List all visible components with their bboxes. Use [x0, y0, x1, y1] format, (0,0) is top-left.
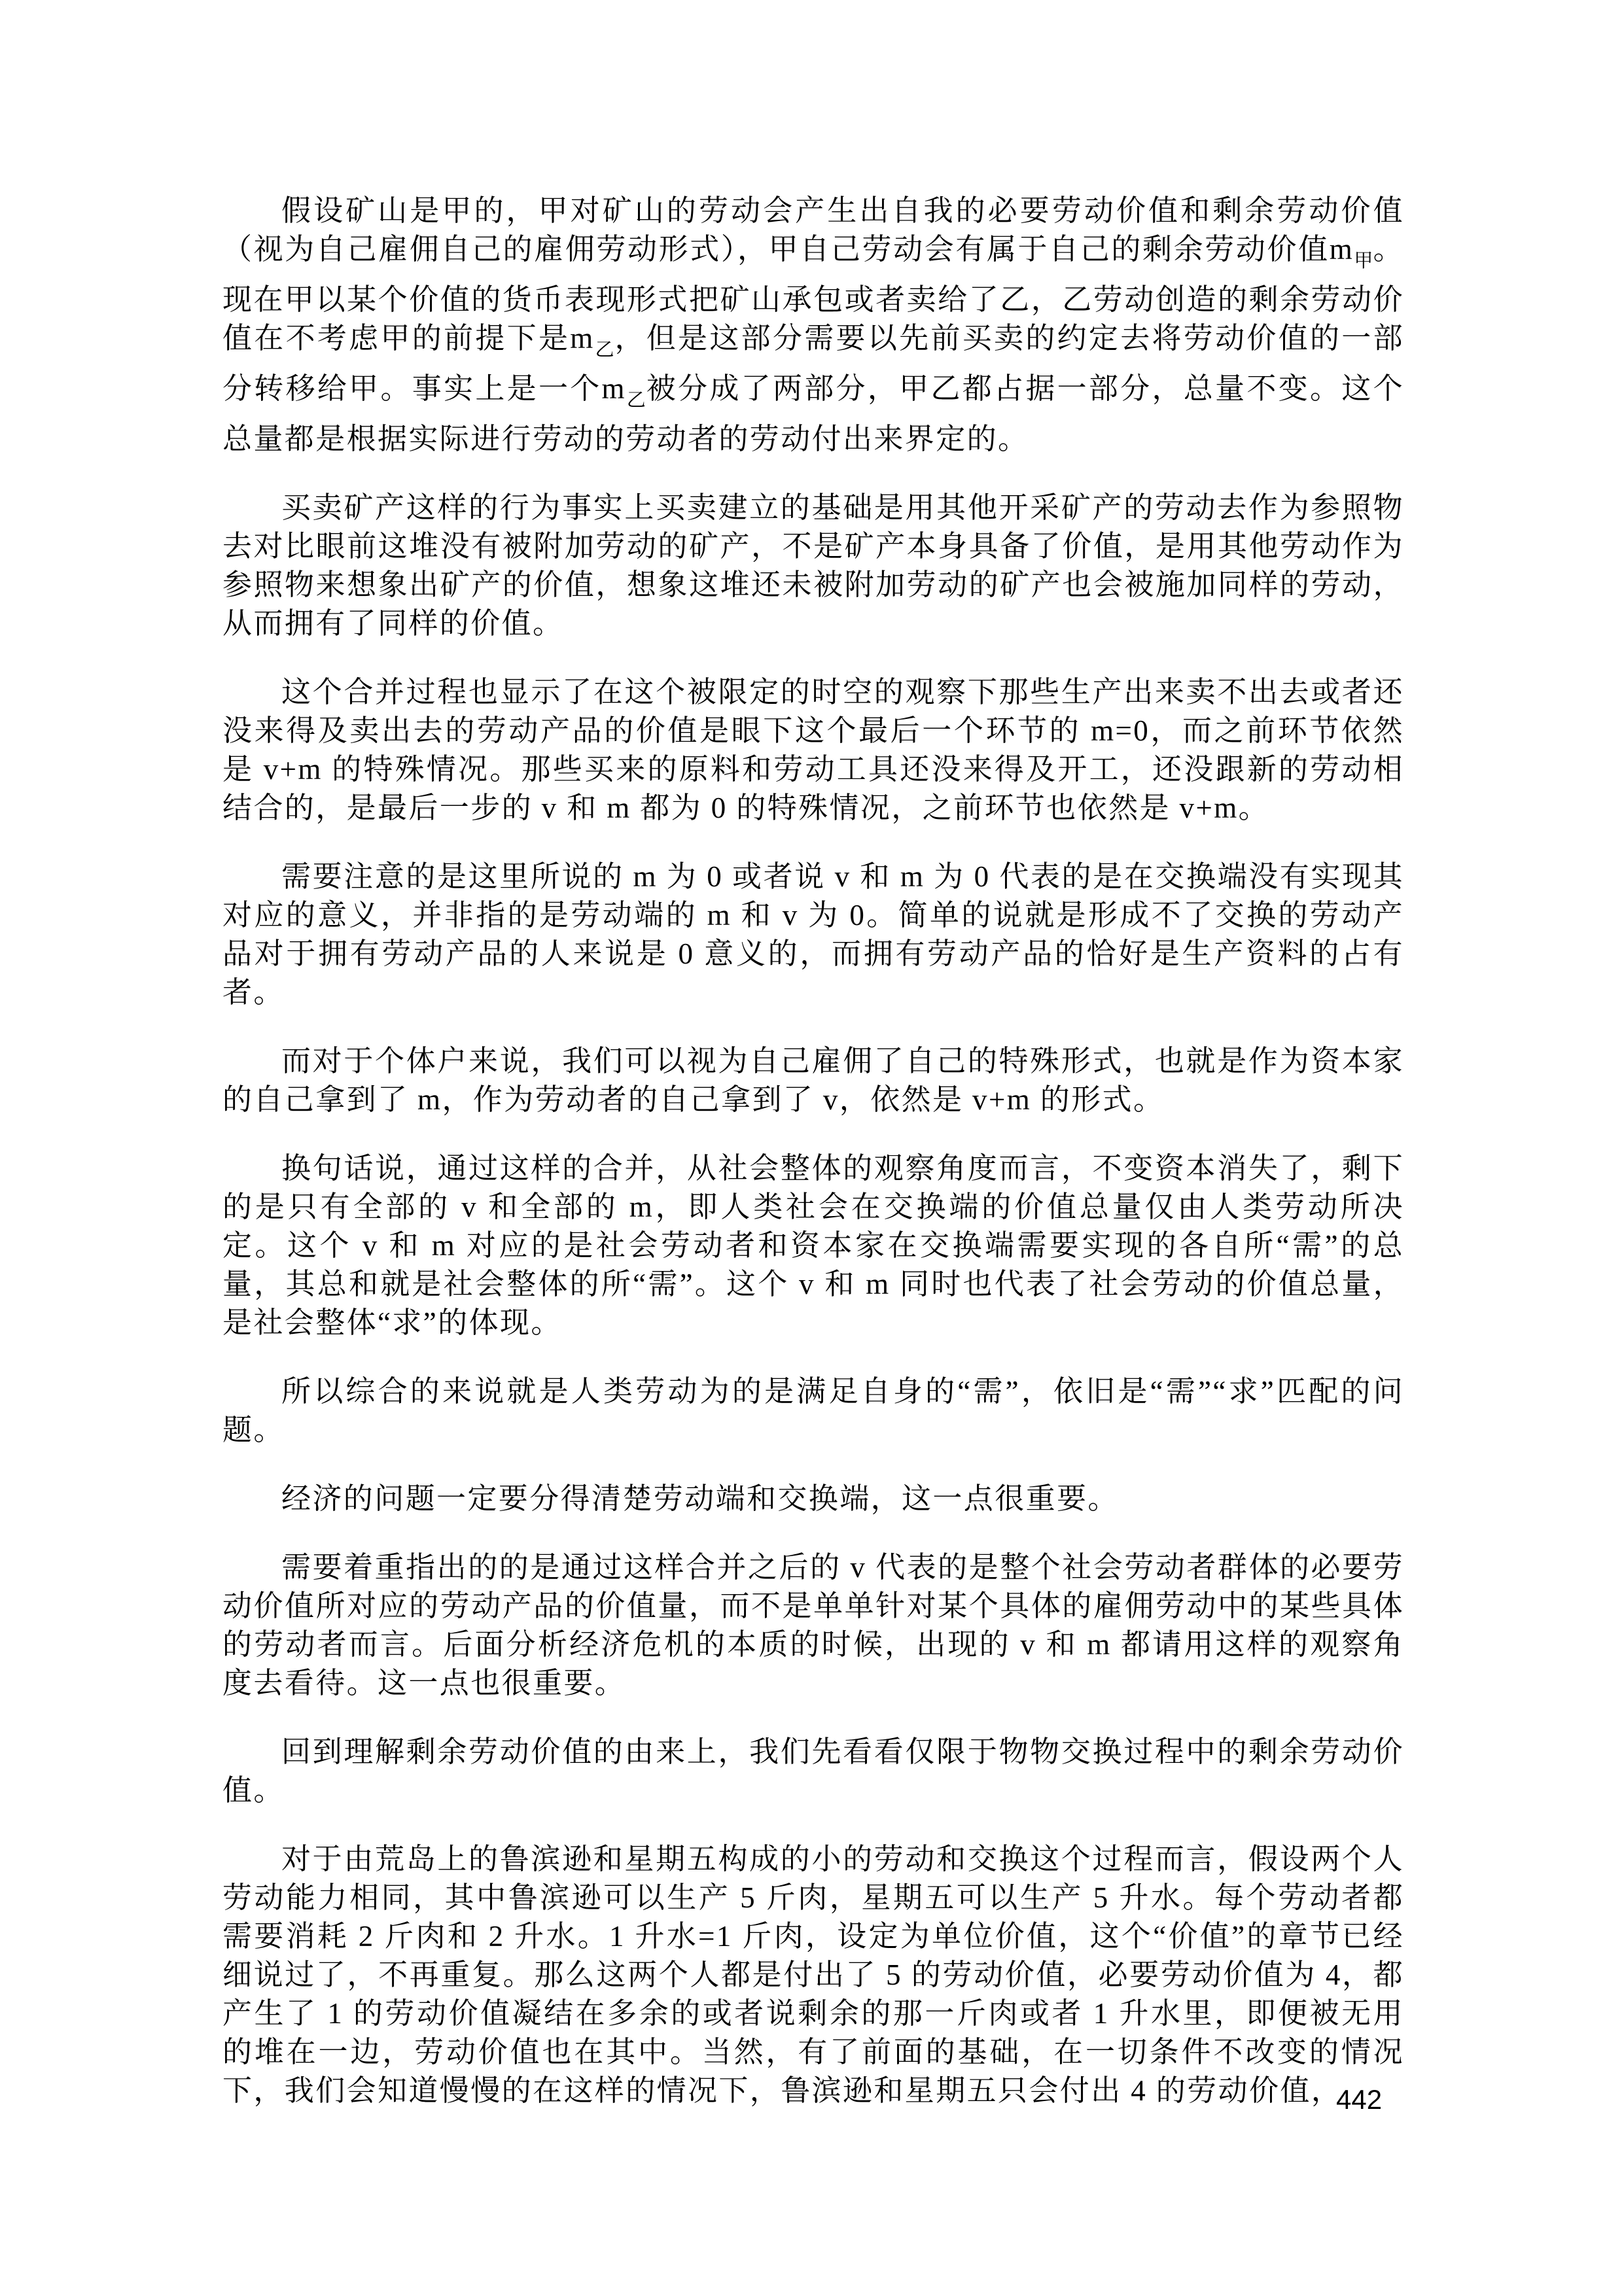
text-run: 买卖矿产这样的行为事实上买卖建立的基础是用其他开采矿产的劳动去作为参照物去对比眼…: [222, 491, 1404, 640]
text-run: 这个合并过程也显示了在这个被限定的时空的观察下那些生产出来卖不出去或者还没来得及…: [222, 676, 1404, 824]
paragraph: 需要注意的是这里所说的 m 为 0 或者说 v 和 m 为 0 代表的是在交换端…: [222, 858, 1404, 1012]
paragraph: 经济的问题一定要分得清楚劳动端和交换端，这一点很重要。: [222, 1480, 1404, 1518]
paragraph: 回到理解剩余劳动价值的由来上，我们先看看仅限于物物交换过程中的剩余劳动价值。: [222, 1733, 1404, 1810]
text-run: 经济的问题一定要分得清楚劳动端和交换端，这一点很重要。: [281, 1482, 1119, 1515]
text-run: 对于由荒岛上的鲁滨逊和星期五构成的小的劳动和交换这个过程而言，假设两个人劳动能力…: [222, 1843, 1404, 2107]
text-run: 需要着重指出的的是通过这样合并之后的 v 代表的是整个社会劳动者群体的必要劳动价…: [222, 1551, 1404, 1699]
paragraph: 这个合并过程也显示了在这个被限定的时空的观察下那些生产出来卖不出去或者还没来得及…: [222, 673, 1404, 827]
text-run: 换句话说，通过这样的合并，从社会整体的观察角度而言，不变资本消失了，剩下的是只有…: [222, 1152, 1404, 1339]
text-run: 回到理解剩余劳动价值的由来上，我们先看看仅限于物物交换过程中的剩余劳动价值。: [222, 1735, 1404, 1807]
paragraph: 而对于个体户来说，我们可以视为自己雇佣了自己的特殊形式，也就是作为资本家的自己拿…: [222, 1042, 1404, 1119]
text-run: 假设矿山是甲的，甲对矿山的劳动会产生出自我的必要劳动价值和剩余劳动价值（视为自己…: [222, 194, 1404, 266]
page-number: 442: [1336, 2084, 1382, 2115]
paragraph: 所以综合的来说就是人类劳动为的是满足自身的“需”，依旧是“需”“求”匹配的问题。: [222, 1372, 1404, 1450]
paragraph: 假设矿山是甲的，甲对矿山的劳动会产生出自我的必要劳动价值和剩余劳动价值（视为自己…: [222, 192, 1404, 459]
text-run: 所以综合的来说就是人类劳动为的是满足自身的“需”，依旧是“需”“求”匹配的问题。: [222, 1375, 1404, 1446]
subscript-text: 乙: [595, 339, 615, 360]
paragraph: 需要着重指出的的是通过这样合并之后的 v 代表的是整个社会劳动者群体的必要劳动价…: [222, 1548, 1404, 1703]
subscript-text: 乙: [626, 390, 646, 411]
paragraph: 换句话说，通过这样的合并，从社会整体的观察角度而言，不变资本消失了，剩下的是只有…: [222, 1149, 1404, 1342]
document-body: 假设矿山是甲的，甲对矿山的劳动会产生出自我的必要劳动价值和剩余劳动价值（视为自己…: [222, 192, 1404, 2140]
document-page: 假设矿山是甲的，甲对矿山的劳动会产生出自我的必要劳动价值和剩余劳动价值（视为自己…: [0, 0, 1624, 2296]
text-run: 而对于个体户来说，我们可以视为自己雇佣了自己的特殊形式，也就是作为资本家的自己拿…: [222, 1045, 1404, 1116]
paragraph: 对于由荒岛上的鲁滨逊和星期五构成的小的劳动和交换这个过程而言，假设两个人劳动能力…: [222, 1840, 1404, 2110]
subscript-text: 甲: [1354, 251, 1373, 271]
text-run: 需要注意的是这里所说的 m 为 0 或者说 v 和 m 为 0 代表的是在交换端…: [222, 860, 1404, 1009]
paragraph: 买卖矿产这样的行为事实上买卖建立的基础是用其他开采矿产的劳动去作为参照物去对比眼…: [222, 489, 1404, 643]
